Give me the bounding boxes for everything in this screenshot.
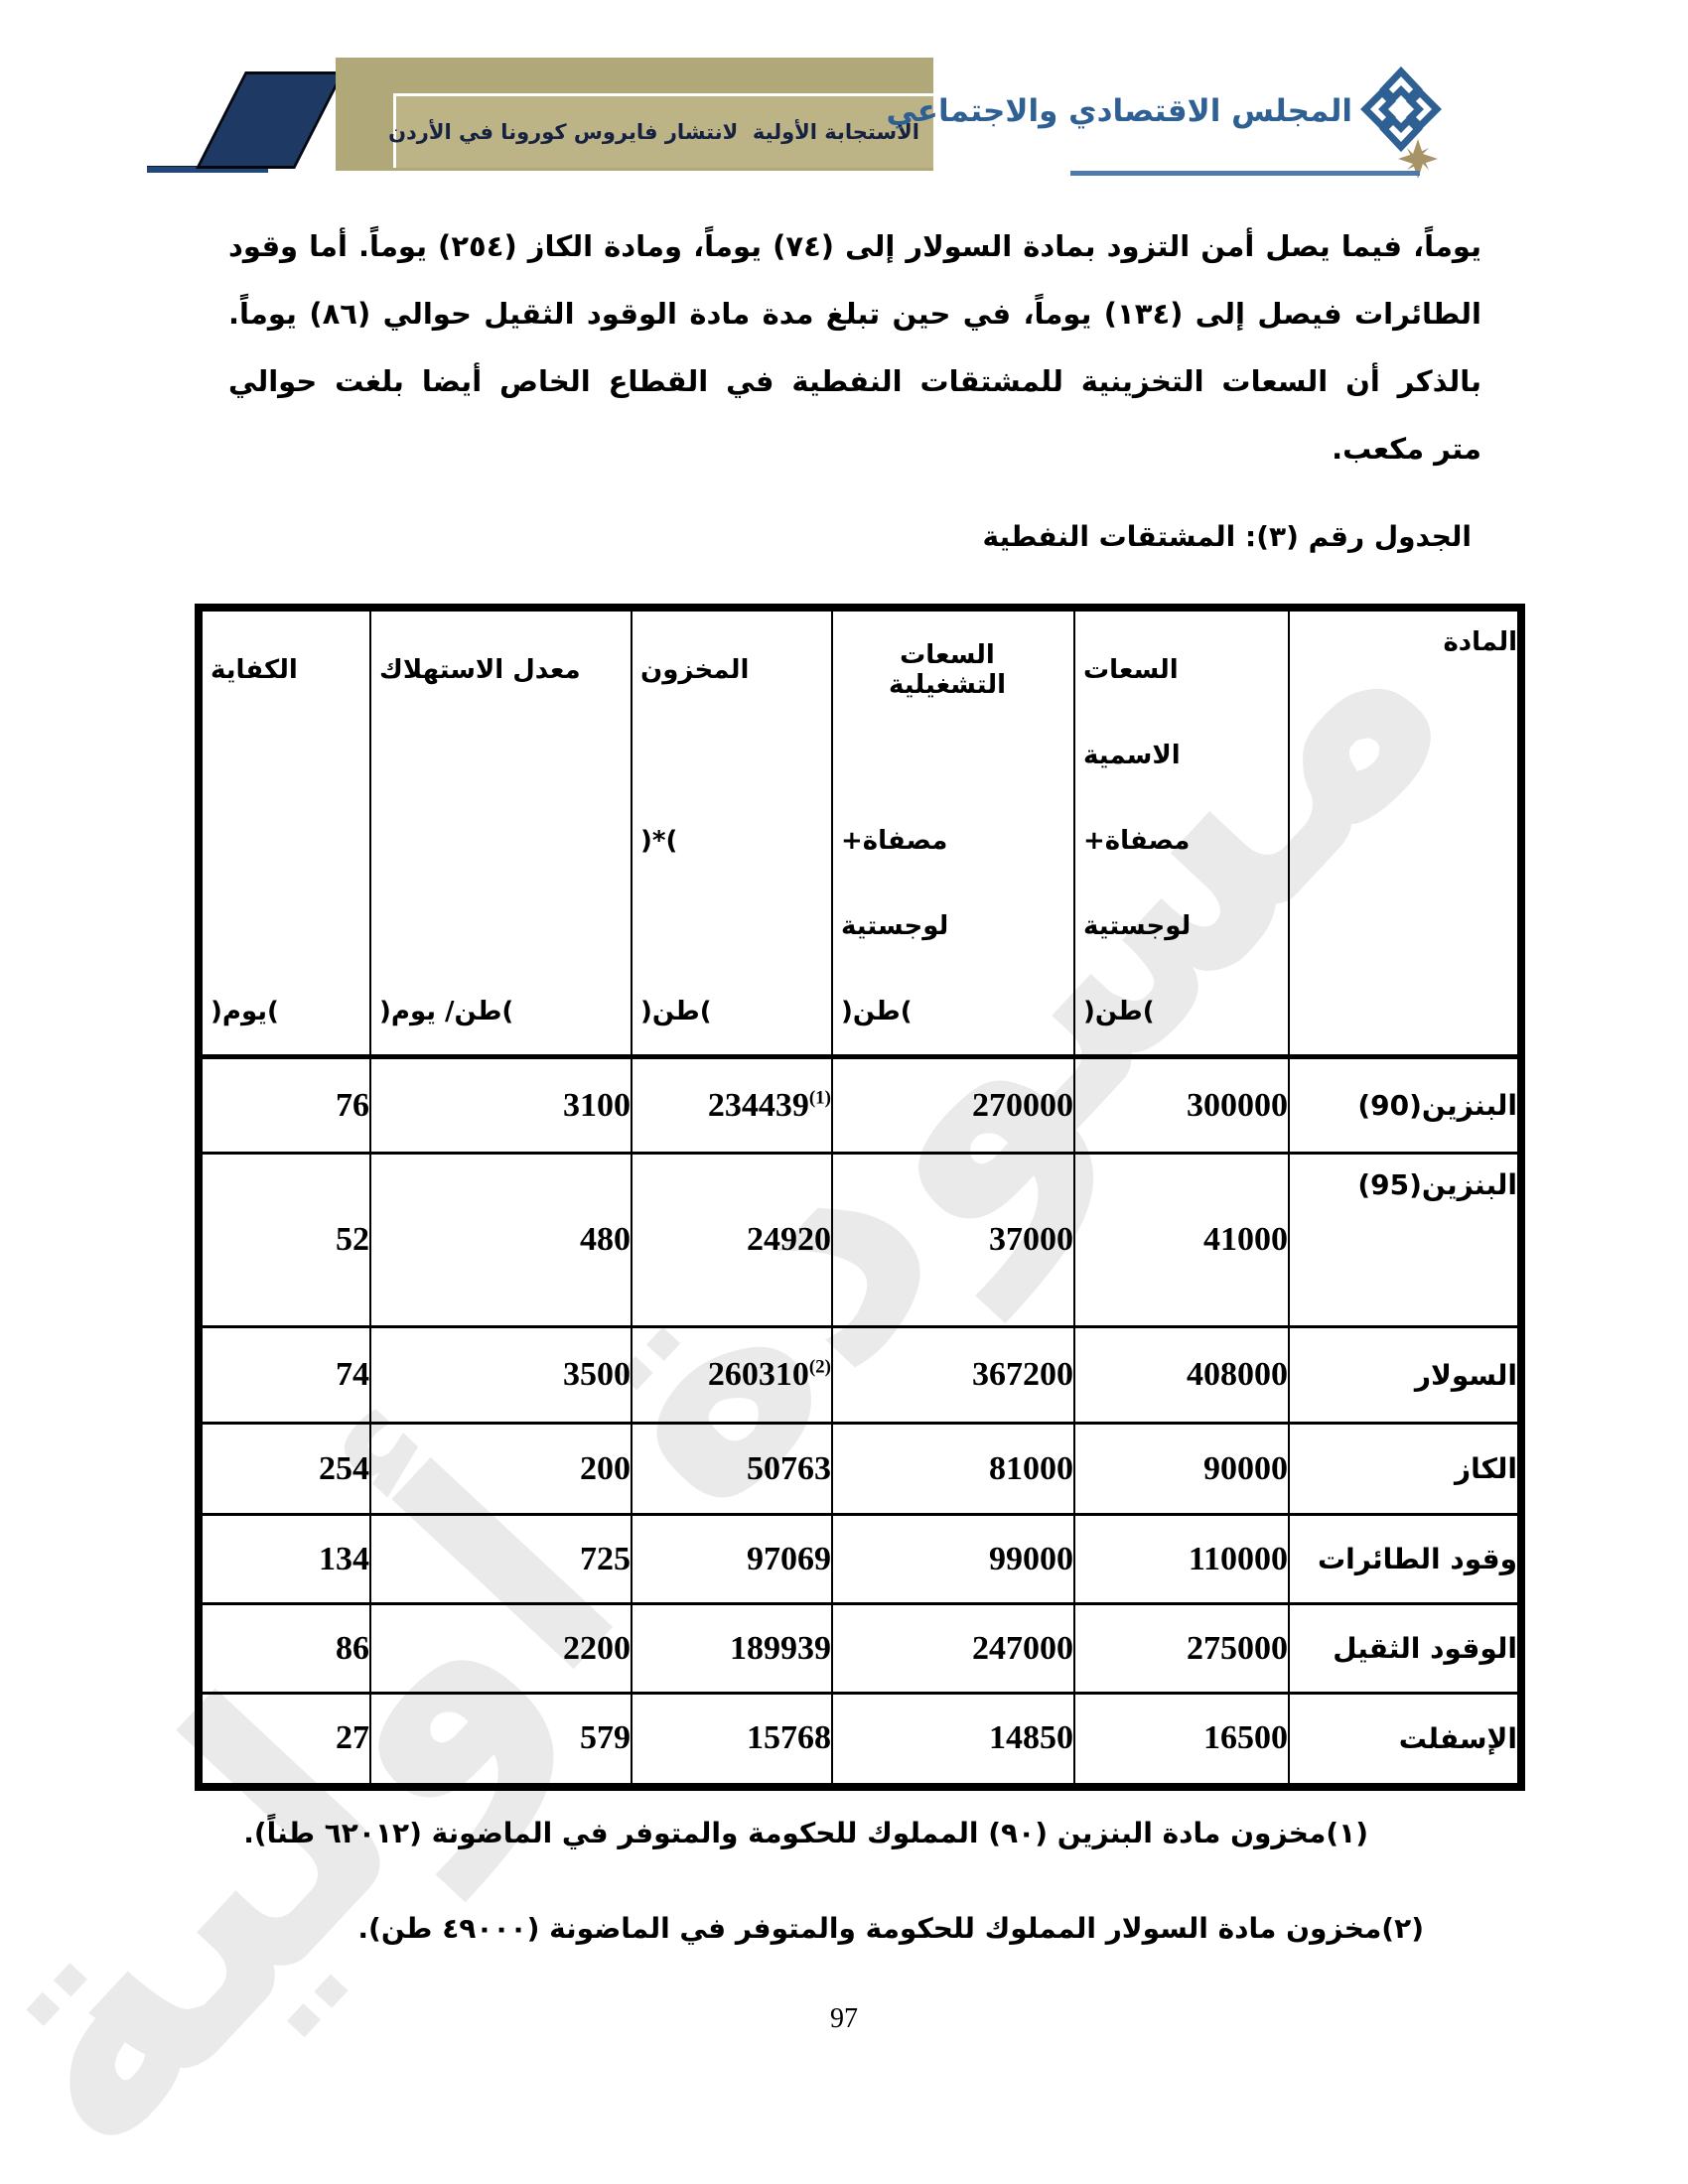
header-nominal: السعاتالاسميةمصفاة+لوجستية)طن( bbox=[1074, 608, 1289, 1057]
header-material: المادة bbox=[1289, 608, 1521, 1057]
nominal-value-cell: 408000 bbox=[1074, 1327, 1289, 1424]
cell-number: 15768 bbox=[747, 1719, 831, 1756]
header-line bbox=[633, 713, 831, 798]
org-name: المجلس الاقتصادي والاجتماعي bbox=[886, 93, 1352, 129]
cell-number: 579 bbox=[580, 1719, 631, 1756]
header-banner-inset: الاستجابة الأولية لانتشار فايروس كورونا … bbox=[393, 93, 933, 168]
cell-number: 3100 bbox=[563, 1087, 631, 1124]
header-line: المخزون bbox=[633, 627, 831, 713]
sufficiency-value-cell: 52 bbox=[199, 1154, 370, 1327]
cell-number: 86 bbox=[336, 1630, 369, 1667]
header-line: )طن/ يوم( bbox=[371, 969, 631, 1054]
stock-value-cell: 24920 bbox=[632, 1154, 832, 1327]
sufficiency-value-cell: 86 bbox=[199, 1604, 370, 1694]
table-row: السولار408000367200260310(2)350074 bbox=[199, 1327, 1521, 1424]
consumption-value-cell: 725 bbox=[370, 1515, 632, 1604]
cell-number: 254 bbox=[319, 1450, 369, 1487]
table-caption: الجدول رقم (٣): المشتقات النفطية bbox=[983, 520, 1472, 553]
logo-cross-bottom bbox=[1384, 120, 1418, 147]
navy-parallelogram-decoration bbox=[196, 71, 345, 169]
paragraph-line: يوماً، فيما يصل أمن التزود بمادة السولار… bbox=[228, 212, 1481, 280]
header-sufficiency: الكفاية)يوم( bbox=[199, 608, 370, 1057]
stock-value-cell: 97069 bbox=[632, 1515, 832, 1604]
header-line: السعات bbox=[1075, 627, 1288, 713]
fuel-table: المادةالسعاتالاسميةمصفاة+لوجستية)طن(السع… bbox=[195, 604, 1525, 1791]
header-line: الكفاية bbox=[203, 627, 369, 713]
logo-cross-top bbox=[1384, 71, 1418, 98]
cell-number: 76 bbox=[336, 1087, 369, 1124]
cell-number: 270000 bbox=[972, 1087, 1073, 1124]
header-line: )طن( bbox=[1075, 969, 1288, 1054]
nominal-value-cell: 41000 bbox=[1074, 1154, 1289, 1327]
header-operational: السعات التشغيليةمصفاة+لوجستية)طن( bbox=[832, 608, 1074, 1057]
header-line bbox=[833, 713, 1073, 798]
sufficiency-value-cell: 254 bbox=[199, 1424, 370, 1515]
sufficiency-value-cell: 74 bbox=[199, 1327, 370, 1424]
stock-value-cell: 260310(2) bbox=[632, 1327, 832, 1424]
header-line bbox=[371, 884, 631, 969]
header-line bbox=[203, 798, 369, 884]
footnote-1: (١)مخزون مادة البنزين (٩٠) المملوك للحكو… bbox=[243, 1817, 1368, 1849]
header-consumption: معدل الاستهلاك)طن/ يوم( bbox=[370, 608, 632, 1057]
cell-number: 14850 bbox=[989, 1719, 1073, 1756]
header-line: معدل الاستهلاك bbox=[371, 627, 631, 713]
cell-number: 134 bbox=[319, 1541, 369, 1577]
paragraph-line: الطائرات فيصل إلى (١٣٤) يوماً، في حين تب… bbox=[228, 280, 1481, 347]
sufficiency-value-cell: 27 bbox=[199, 1694, 370, 1787]
header-line: )طن( bbox=[833, 969, 1073, 1054]
nominal-value-cell: 275000 bbox=[1074, 1604, 1289, 1694]
sufficiency-value-cell: 134 bbox=[199, 1515, 370, 1604]
header-line: مصفاة+ bbox=[833, 798, 1073, 884]
cell-number: 275000 bbox=[1187, 1630, 1288, 1667]
cell-number: 247000 bbox=[972, 1630, 1073, 1667]
table-row: الكاز900008100050763200254 bbox=[199, 1424, 1521, 1515]
nominal-value-cell: 110000 bbox=[1074, 1515, 1289, 1604]
cell-number: 367200 bbox=[972, 1356, 1073, 1393]
operational-value-cell: 81000 bbox=[832, 1424, 1074, 1515]
operational-value-cell: 247000 bbox=[832, 1604, 1074, 1694]
nominal-value-cell: 300000 bbox=[1074, 1057, 1289, 1154]
material-cell: الوقود الثقيل bbox=[1289, 1604, 1521, 1694]
body-paragraph: يوماً، فيما يصل أمن التزود بمادة السولار… bbox=[228, 212, 1481, 482]
header-stock: المخزون)*()طن( bbox=[632, 608, 832, 1057]
stock-value-cell: 15768 bbox=[632, 1694, 832, 1787]
banner-title: الاستجابة الأولية لانتشار فايروس كورونا … bbox=[380, 120, 933, 144]
document-page: الاستجابة الأولية لانتشار فايروس كورونا … bbox=[0, 0, 1688, 2184]
header-line bbox=[371, 713, 631, 798]
material-cell: البنزين(90) bbox=[1289, 1057, 1521, 1154]
cell-number: 37000 bbox=[989, 1221, 1073, 1258]
header-line: لوجستية bbox=[833, 884, 1073, 969]
header-line: لوجستية bbox=[1075, 884, 1288, 969]
stock-value-cell: 189939 bbox=[632, 1604, 832, 1694]
material-cell: السولار bbox=[1289, 1327, 1521, 1424]
header-line bbox=[371, 798, 631, 884]
nominal-value-cell: 16500 bbox=[1074, 1694, 1289, 1787]
cell-number: 74 bbox=[336, 1356, 369, 1393]
header-banner: الاستجابة الأولية لانتشار فايروس كورونا … bbox=[336, 58, 933, 171]
cell-number: 200 bbox=[580, 1450, 631, 1487]
cell-number: 3500 bbox=[563, 1356, 631, 1393]
footnote-marker: (2) bbox=[809, 1357, 831, 1378]
cell-number: 99000 bbox=[989, 1541, 1073, 1577]
stock-value-cell: 234439(1) bbox=[632, 1057, 832, 1154]
cell-number: 300000 bbox=[1187, 1087, 1288, 1124]
table-row: الوقود الثقيل275000247000189939220086 bbox=[199, 1604, 1521, 1694]
table-row: الإسفلت16500148501576857927 bbox=[199, 1694, 1521, 1787]
consumption-value-cell: 200 bbox=[370, 1424, 632, 1515]
table-row: البنزين(95)41000370002492048052 bbox=[199, 1154, 1521, 1327]
material-cell: الإسفلت bbox=[1289, 1694, 1521, 1787]
cell-number: 27 bbox=[336, 1719, 369, 1756]
logo-cross-left bbox=[1365, 92, 1391, 126]
cell-number: 90000 bbox=[1203, 1450, 1288, 1487]
cell-number: 41000 bbox=[1203, 1221, 1288, 1258]
cell-number: 97069 bbox=[747, 1541, 831, 1577]
cell-number: 234439(1) bbox=[708, 1087, 831, 1124]
operational-value-cell: 270000 bbox=[832, 1057, 1074, 1154]
cell-number: 408000 bbox=[1187, 1356, 1288, 1393]
cell-number: 24920 bbox=[747, 1221, 831, 1258]
header-line: )طن( bbox=[633, 969, 831, 1054]
cell-number: 480 bbox=[580, 1221, 631, 1258]
cell-number: 189939 bbox=[730, 1630, 831, 1667]
paragraph-line: بالذكر أن السعات التخزينية للمشتقات النف… bbox=[228, 347, 1481, 415]
logo-underline bbox=[1070, 171, 1420, 176]
cell-number: 725 bbox=[580, 1541, 631, 1577]
material-cell: الكاز bbox=[1289, 1424, 1521, 1515]
cell-number: 2200 bbox=[563, 1630, 631, 1667]
header-line: الاسمية bbox=[1075, 713, 1288, 798]
header-line: مصفاة+ bbox=[1075, 798, 1288, 884]
cell-number: 81000 bbox=[989, 1450, 1073, 1487]
consumption-value-cell: 3100 bbox=[370, 1057, 632, 1154]
material-cell: البنزين(95) bbox=[1289, 1154, 1521, 1327]
logo-cross-right bbox=[1411, 92, 1437, 126]
table-header-row: المادةالسعاتالاسميةمصفاة+لوجستية)طن(السع… bbox=[199, 608, 1521, 1057]
cell-number: 16500 bbox=[1203, 1719, 1288, 1756]
footnote-2: (٢)مخزون مادة السولار المملوك للحكومة وا… bbox=[357, 1912, 1424, 1945]
operational-value-cell: 367200 bbox=[832, 1327, 1074, 1424]
council-logo-icon bbox=[1356, 64, 1446, 181]
paragraph-line: متر مكعب. bbox=[228, 415, 1481, 482]
footnote-marker: (1) bbox=[809, 1087, 831, 1108]
cell-number: 52 bbox=[336, 1221, 369, 1258]
consumption-value-cell: 579 bbox=[370, 1694, 632, 1787]
operational-value-cell: 37000 bbox=[832, 1154, 1074, 1327]
header-line bbox=[203, 713, 369, 798]
header-line bbox=[203, 884, 369, 969]
operational-value-cell: 14850 bbox=[832, 1694, 1074, 1787]
header-line: )*( bbox=[633, 798, 831, 884]
table-row: البنزين(90)300000270000234439(1)310076 bbox=[199, 1057, 1521, 1154]
table-row: وقود الطائرات1100009900097069725134 bbox=[199, 1515, 1521, 1604]
material-cell: وقود الطائرات bbox=[1289, 1515, 1521, 1604]
sufficiency-value-cell: 76 bbox=[199, 1057, 370, 1154]
stock-value-cell: 50763 bbox=[632, 1424, 832, 1515]
consumption-value-cell: 2200 bbox=[370, 1604, 632, 1694]
cell-number: 50763 bbox=[747, 1450, 831, 1487]
operational-value-cell: 99000 bbox=[832, 1515, 1074, 1604]
nominal-value-cell: 90000 bbox=[1074, 1424, 1289, 1515]
consumption-value-cell: 480 bbox=[370, 1154, 632, 1327]
header-line bbox=[633, 884, 831, 969]
header-line: السعات التشغيلية bbox=[833, 627, 1073, 713]
page-number: 97 bbox=[0, 2003, 1688, 2035]
cell-number: 260310(2) bbox=[708, 1356, 831, 1393]
consumption-value-cell: 3500 bbox=[370, 1327, 632, 1424]
cell-number: 110000 bbox=[1189, 1541, 1288, 1577]
header-line: )يوم( bbox=[203, 969, 369, 1054]
